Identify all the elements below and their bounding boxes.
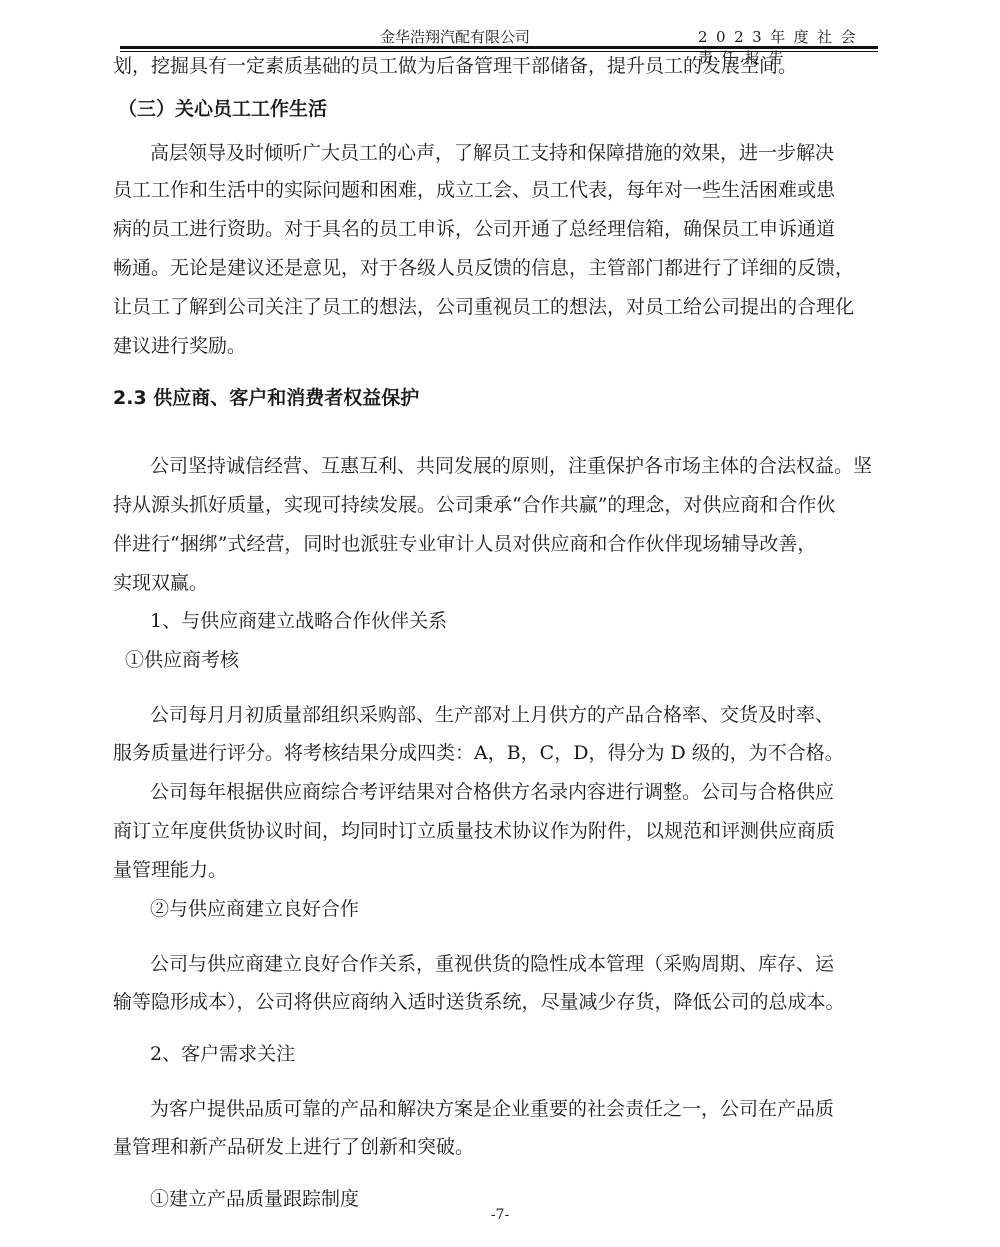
paragraph-line: 1、与供应商建立战略合作伙伴关系	[150, 609, 447, 633]
paragraph-line: 量管理能力。	[113, 858, 227, 882]
header-rule-thick	[120, 46, 878, 49]
paragraph-line: 公司每年根据供应商综合考评结果对合格供方名录内容进行调整。公司与合格供应	[150, 780, 834, 804]
paragraph-line: 畅通。无论是建议还是意见，对于各级人员反馈的信息，主管部门都进行了详细的反馈，	[113, 256, 854, 280]
header-company-name: 金华浩翔汽配有限公司	[380, 26, 530, 47]
paragraph-line: 商订立年度供货协议时间，均同时订立质量技术协议作为附件，以规范和评测供应商质	[113, 819, 835, 843]
page-number: -7-	[0, 1207, 1000, 1223]
paragraph-line: 为客户提供品质可靠的产品和解决方案是企业重要的社会责任之一，公司在产品质	[150, 1097, 834, 1121]
paragraph-line: 持从源头抓好质量，实现可持续发展。公司秉承“合作共赢”的理念，对供应商和合作伙	[113, 493, 835, 517]
paragraph-line: 建议进行奖励。	[113, 334, 246, 358]
header-rule-thin	[120, 51, 878, 52]
paragraph-line: 公司与供应商建立良好合作关系，重视供货的隐性成本管理（采购周期、库存、运	[150, 952, 834, 976]
page-header: 金华浩翔汽配有限公司 2023年度社会责任报告	[120, 24, 878, 46]
paragraph-line: 让员工了解到公司关注了员工的想法，公司重视员工的想法，对员工给公司提出的合理化	[113, 295, 854, 319]
paragraph-line: ②与供应商建立良好合作	[150, 897, 359, 921]
paragraph-line: 量管理和新产品研发上进行了创新和突破。	[113, 1135, 474, 1159]
paragraph-line: 病的员工进行资助。对于具名的员工申诉，公司开通了总经理信箱，确保员工申诉通道	[113, 217, 835, 241]
paragraph-line: 输等隐形成本），公司将供应商纳入适时送货系统，尽量减少存货，降低公司的总成本。	[113, 990, 845, 1014]
section-heading: 2.3 供应商、客户和消费者权益保护	[113, 386, 419, 410]
paragraph-line: 伴进行“捆绑”式经营，同时也派驻专业审计人员对供应商和合作伙伴现场辅导改善，	[113, 532, 816, 556]
paragraph-line: 公司每月月初质量部组织采购部、生产部对上月供方的产品合格率、交货及时率、	[150, 703, 834, 727]
paragraph-line: 2、客户需求关注	[150, 1042, 295, 1066]
paragraph-line: 服务质量进行评分。将考核结果分成四类：A，B，C，D，得分为 D 级的，为不合格…	[113, 741, 844, 765]
paragraph-line: 实现双赢。	[113, 571, 208, 595]
paragraph-line: ①供应商考核	[125, 648, 239, 672]
section-heading: （三）关心员工工作生活	[118, 97, 327, 121]
paragraph-line: 高层领导及时倾听广大员工的心声，了解员工支持和保障措施的效果，进一步解决	[150, 141, 834, 165]
paragraph-line: 公司坚持诚信经营、互惠互利、共同发展的原则，注重保护各市场主体的合法权益。坚	[150, 454, 872, 478]
paragraph-line: 员工工作和生活中的实际问题和困难，成立工会、员工代表，每年对一些生活困难或患	[113, 178, 835, 202]
paragraph-line: 划，挖掘具有一定素质基础的员工做为后备管理干部储备，提升员工的发展空间。	[113, 54, 797, 78]
